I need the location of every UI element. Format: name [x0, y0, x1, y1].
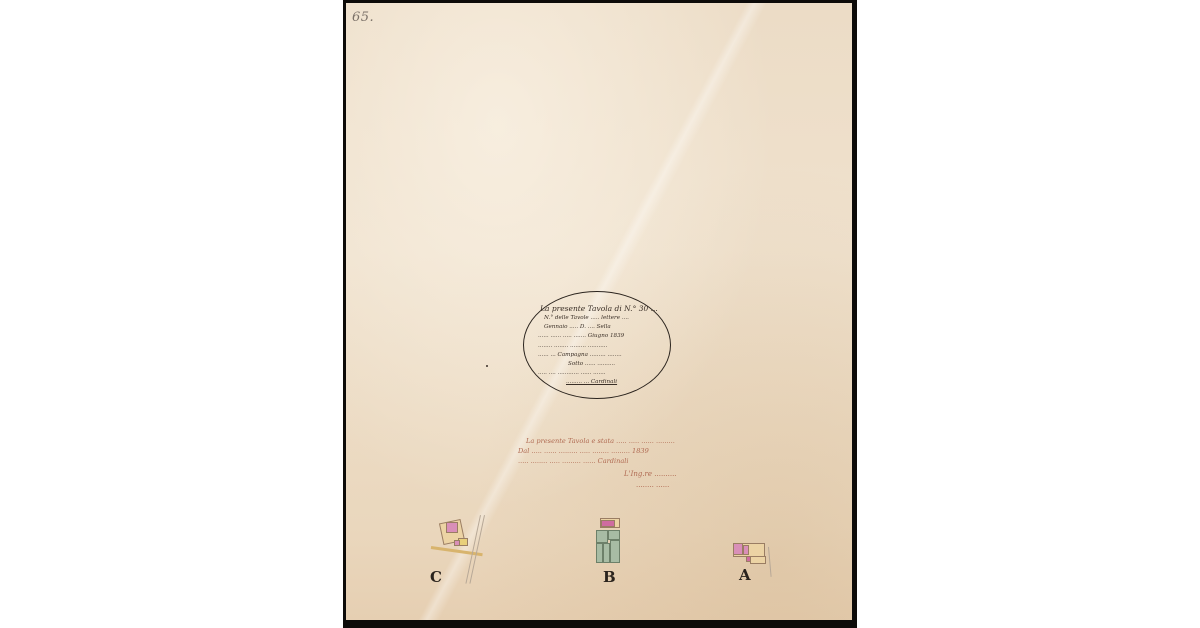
ink-dot	[486, 365, 488, 367]
garden-parcel	[608, 530, 620, 540]
garden-parcel	[603, 543, 610, 563]
certification-note: La presente Tavola e stata ..... ..... .…	[518, 436, 748, 466]
signature-line: L'Ing.re ..........	[624, 469, 704, 480]
boundary-line	[465, 515, 481, 584]
stamp-line: Sotto ...... ..........	[568, 360, 658, 369]
plot-letter-a: A	[739, 566, 751, 584]
stamp-text: La presente Tavola di N.° 30 ...........…	[538, 304, 658, 388]
note-line: La presente Tavola e stata ..... ..... .…	[526, 436, 748, 446]
building-parcel	[601, 520, 615, 527]
signature-line: ........ ......	[636, 480, 704, 491]
garden-parcel	[596, 543, 603, 563]
garden-parcel	[596, 530, 608, 543]
building-parcel	[733, 543, 743, 555]
plot-letter-c: C	[430, 568, 442, 586]
stamp-line: ...... ... Campagna ......... ........	[538, 351, 658, 360]
boundary-line	[768, 547, 772, 577]
stamp-line: ........ ........ ......... ...........	[538, 342, 658, 351]
stamp-line: ..... .... ............ ...... .......	[538, 369, 658, 378]
garden-parcel	[610, 540, 620, 563]
building-parcel	[446, 522, 458, 533]
document-page: 65. La presente Tavola di N.° 30 .......…	[346, 3, 852, 620]
building-parcel	[454, 540, 460, 546]
parcel	[750, 556, 766, 564]
stamp-line: Gennaio ..... D. .... Sella	[544, 323, 658, 332]
stamp-line: N.° delle Tavole ..... lettere ....	[544, 314, 658, 323]
note-line: ..... ........ ..... ......... ...... Ca…	[518, 456, 748, 466]
stamp-signature: ......... ... Cardinali	[566, 378, 658, 387]
registry-stamp-ellipse: La presente Tavola di N.° 30 ...........…	[523, 291, 671, 399]
engineer-signature: L'Ing.re .......... ........ ......	[624, 469, 704, 491]
stamp-line: La presente Tavola di N.° 30 ...........…	[540, 304, 658, 314]
plot-letter-b: B	[603, 568, 616, 586]
plot-b-drawing	[594, 515, 624, 571]
building-parcel	[743, 545, 749, 555]
stamp-line: ...... ...... ..... ....... Giugno 1839	[538, 332, 658, 341]
page-number: 65.	[352, 10, 374, 25]
note-line: Dal ..... ...... ......... ..... .......…	[518, 446, 748, 456]
